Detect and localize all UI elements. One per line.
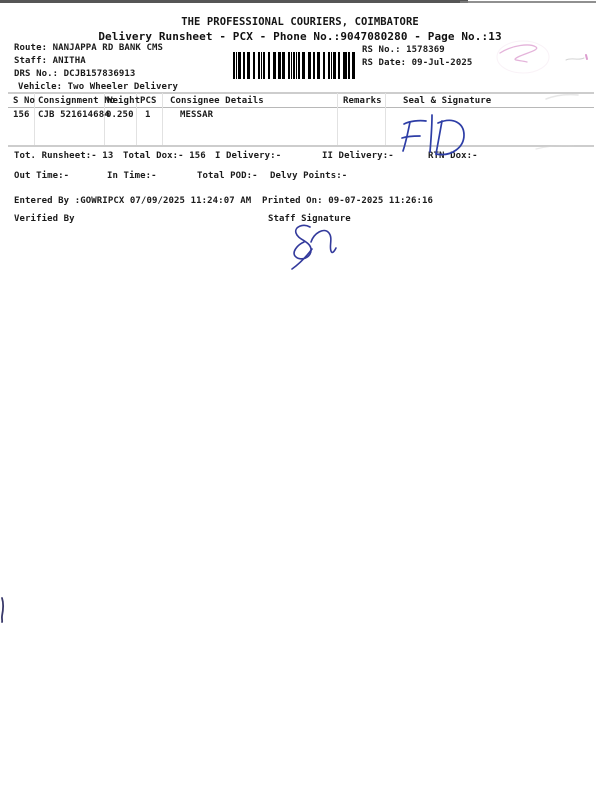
drs-no-line: DRS No.: DCJB157836913 <box>14 69 135 80</box>
printed-on: Printed On: 09-07-2025 11:26:16 <box>262 196 433 207</box>
i-delivery: I Delivery:- <box>215 151 281 162</box>
rtn-dox: RTN Dox:- <box>428 151 478 162</box>
seal-mark-fd-handwriting <box>402 115 464 155</box>
total-dox: Total Dox:- 156 <box>123 151 206 162</box>
pink-pen-scuff <box>497 41 587 73</box>
route-line: Route: NANJAPPA RD BANK CMS <box>14 43 163 54</box>
rs-no-line: RS No.: 1578369 <box>362 45 445 56</box>
column-header-sno: S No <box>13 96 35 107</box>
table-top-border <box>8 92 594 94</box>
cell-consignee: MESSAR <box>180 110 213 121</box>
barcode-icon <box>233 52 355 79</box>
table-bottom-border <box>8 145 594 147</box>
column-header-pcs: PCS <box>140 96 157 107</box>
verified-by-label: Verified By <box>14 214 75 225</box>
table-column-divider <box>385 93 386 145</box>
table-column-divider <box>337 93 338 145</box>
scan-edge-artifact-left <box>0 0 468 3</box>
staff-signature-scribble <box>292 225 336 269</box>
column-header-consignment: Consignment No <box>38 96 115 107</box>
scan-smudges <box>536 58 584 149</box>
ii-delivery: II Delivery:- <box>322 151 394 162</box>
cell-consignment-no: CJB 521614684 <box>38 110 110 121</box>
delvy-points: Delvy Points:- <box>270 171 347 182</box>
rs-date-line: RS Date: 09-Jul-2025 <box>362 58 472 69</box>
staff-line: Staff: ANITHA <box>14 56 86 67</box>
cell-weight: 0.250 <box>106 110 134 121</box>
table-column-divider <box>162 93 163 145</box>
cell-sno: 156 <box>13 110 30 121</box>
tot-runsheet: Tot. Runsheet:- 13 <box>14 151 113 162</box>
scan-edge-artifact-right <box>460 1 596 3</box>
staff-signature-label: Staff Signature <box>268 214 351 225</box>
column-header-seal: Seal & Signature <box>403 96 491 107</box>
in-time: In Time:- <box>107 171 157 182</box>
column-header-consignee: Consignee Details <box>170 96 264 107</box>
table-header-underline <box>8 107 594 108</box>
runsheet-subtitle: Delivery Runsheet - PCX - Phone No.:9047… <box>0 30 600 43</box>
total-pod: Total POD:- <box>197 171 258 182</box>
scanned-delivery-runsheet: THE PROFESSIONAL COURIERS, COIMBATORE De… <box>0 0 600 800</box>
out-time: Out Time:- <box>14 171 69 182</box>
company-title: THE PROFESSIONAL COURIERS, COIMBATORE <box>0 16 600 28</box>
column-header-remarks: Remarks <box>343 96 382 107</box>
column-header-weight: Weight <box>107 96 140 107</box>
left-edge-ink-mark <box>2 598 3 622</box>
cell-pcs: 1 <box>145 110 151 121</box>
entered-by: Entered By :GOWRIPCX 07/09/2025 11:24:07… <box>14 196 251 207</box>
